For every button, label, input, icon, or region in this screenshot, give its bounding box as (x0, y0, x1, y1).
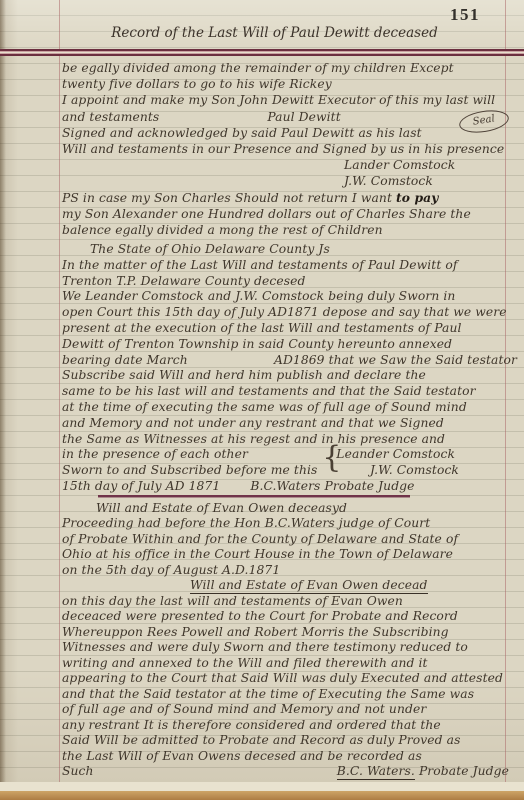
will-continuation-section: be egally divided among the remainder of… (62, 60, 517, 238)
page-bottom-edge (0, 782, 524, 791)
section-heading: The State of Ohio Delaware County Js (62, 242, 517, 258)
manuscript-line: AD1869 that we Saw the Said testator (274, 353, 517, 369)
probate-attestation-section: The State of Ohio Delaware County Js In … (62, 242, 517, 495)
date-blank-line: bearing date March AD1869 that we Saw th… (62, 353, 517, 369)
manuscript-line: writing and annexed to the Will and file… (62, 656, 517, 672)
judge-signature: B.C.Waters Probate Judge (250, 479, 414, 495)
witness-signature-line: in the presence of each other {Leander C… (62, 447, 517, 463)
header-double-rule (0, 49, 524, 56)
seal-label: Seal (472, 113, 496, 127)
manuscript-line: at the time of executing the same was of… (62, 400, 517, 416)
manuscript-line: my Son Alexander one Hundred dollars out… (62, 206, 517, 222)
emphasized-words: to pay (396, 190, 438, 205)
manuscript-line: on the 5th day of August A.D.1871 (62, 563, 517, 579)
section-heading: Will and Estate of Evan Owen deceasyd (62, 501, 517, 517)
manuscript-line: present at the execution of the last Wil… (62, 321, 517, 337)
page-number: 151 (450, 5, 480, 25)
manuscript-line: and that the Said testator at the time o… (62, 687, 517, 703)
record-book-page: 151 Record of the Last Will of Paul Dewi… (0, 0, 524, 800)
manuscript-line: the Same as Witnesses at his regest and … (62, 432, 517, 448)
manuscript-line: any restrant It is therefore considered … (62, 718, 517, 734)
manuscript-line: bearing date March (62, 353, 188, 369)
postscript-line: PS in case my Son Charles Should not ret… (62, 190, 517, 206)
evan-owen-estate-section: Will and Estate of Evan Owen deceasyd Pr… (62, 501, 517, 780)
witness-signature: J.W. Comstock (370, 463, 459, 479)
manuscript-text: be egally divided among the remainder of… (62, 60, 517, 780)
judge-signature-title: Probate Judge (419, 764, 509, 778)
judge-signature: B.C. Waters. Probate Judge (337, 764, 509, 780)
manuscript-line: We Leander Comstock and J.W. Comstock be… (62, 289, 517, 305)
judge-attestation-line: 15th day of July AD 1871 B.C.Waters Prob… (62, 479, 517, 495)
manuscript-line: of full age and of Sound mind and Memory… (62, 702, 517, 718)
manuscript-line: twenty five dollars to go to his wife Ri… (62, 76, 517, 92)
testator-signature: Paul Dewitt (267, 109, 340, 125)
manuscript-line: and testaments (62, 109, 159, 125)
manuscript-line: and Memory and not under any restrant an… (62, 416, 517, 432)
manuscript-line: Ohio at his office in the Court House in… (62, 547, 517, 563)
manuscript-line: balence egally divided a mong the rest o… (62, 222, 517, 238)
manuscript-line: be egally divided among the remainder of… (62, 60, 517, 76)
judge-underline-rule (98, 495, 410, 497)
witness-signature: Lander Comstock (62, 157, 517, 173)
manuscript-line: In the matter of the Last Will and testa… (62, 258, 517, 274)
closing-signature-line: Such B.C. Waters. Probate Judge (62, 764, 517, 780)
manuscript-line: Proceeding had before the Hon B.C.Waters… (62, 516, 517, 532)
manuscript-line: Whereuppon Rees Powell and Robert Morris… (62, 625, 517, 641)
manuscript-line: the Last Will of Evan Owens decesed and … (62, 749, 517, 765)
manuscript-line: Will and testaments in our Presence and … (62, 141, 517, 157)
brace-icon: { (322, 443, 341, 473)
manuscript-line: Signed and acknowledged by said Paul Dew… (62, 125, 517, 141)
manuscript-line: deceaced were presented to the Court for… (62, 609, 517, 625)
manuscript-line: same to be his last will and testaments … (62, 384, 517, 400)
estate-subheading-line: Will and Estate of Evan Owen decead (62, 578, 517, 594)
estate-subheading: Will and Estate of Evan Owen decead (190, 578, 428, 594)
manuscript-line: I appoint and make my Son John Dewitt Ex… (62, 92, 517, 108)
manuscript-line: Said Will be admitted to Probate and Rec… (62, 733, 517, 749)
witness-signature-text: Leander Comstock (336, 447, 455, 461)
manuscript-line: of Probate Within and for the County of … (62, 532, 517, 548)
binding-edge-shadow (0, 0, 6, 800)
manuscript-line: on this day the last will and testaments… (62, 594, 517, 610)
manuscript-line: in the presence of each other (62, 447, 248, 463)
witness-signature: {Leander Comstock (336, 447, 455, 463)
next-page-edge (0, 791, 524, 800)
manuscript-line: Such (62, 764, 94, 780)
manuscript-line: Witnesses and were duly Sworn and there … (62, 640, 517, 656)
manuscript-line: open Court this 15th day of July AD1871 … (62, 305, 517, 321)
left-margin-line (59, 0, 60, 782)
manuscript-line: PS in case my Son Charles Should not ret… (62, 191, 392, 205)
testator-signature-line: and testaments Paul Dewitt Seal (62, 109, 517, 125)
witness-signature: J.W. Comstock (62, 173, 517, 189)
witness-signature-line: Sworn to and Subscribed before me this J… (62, 463, 517, 479)
judge-signature-name: B.C. Waters. (337, 764, 415, 780)
manuscript-line: Sworn to and Subscribed before me this (62, 463, 317, 479)
manuscript-line: Dewitt of Trenton Township in said Count… (62, 337, 517, 353)
manuscript-line: Subscribe said Will and herd him publish… (62, 368, 517, 384)
manuscript-line: appearing to the Court that Said Will wa… (62, 671, 517, 687)
page-title: Record of the Last Will of Paul Dewitt d… (80, 25, 469, 41)
manuscript-line: Trenton T.P. Delaware County decesed (62, 274, 517, 290)
manuscript-line: 15th day of July AD 1871 (62, 479, 220, 495)
